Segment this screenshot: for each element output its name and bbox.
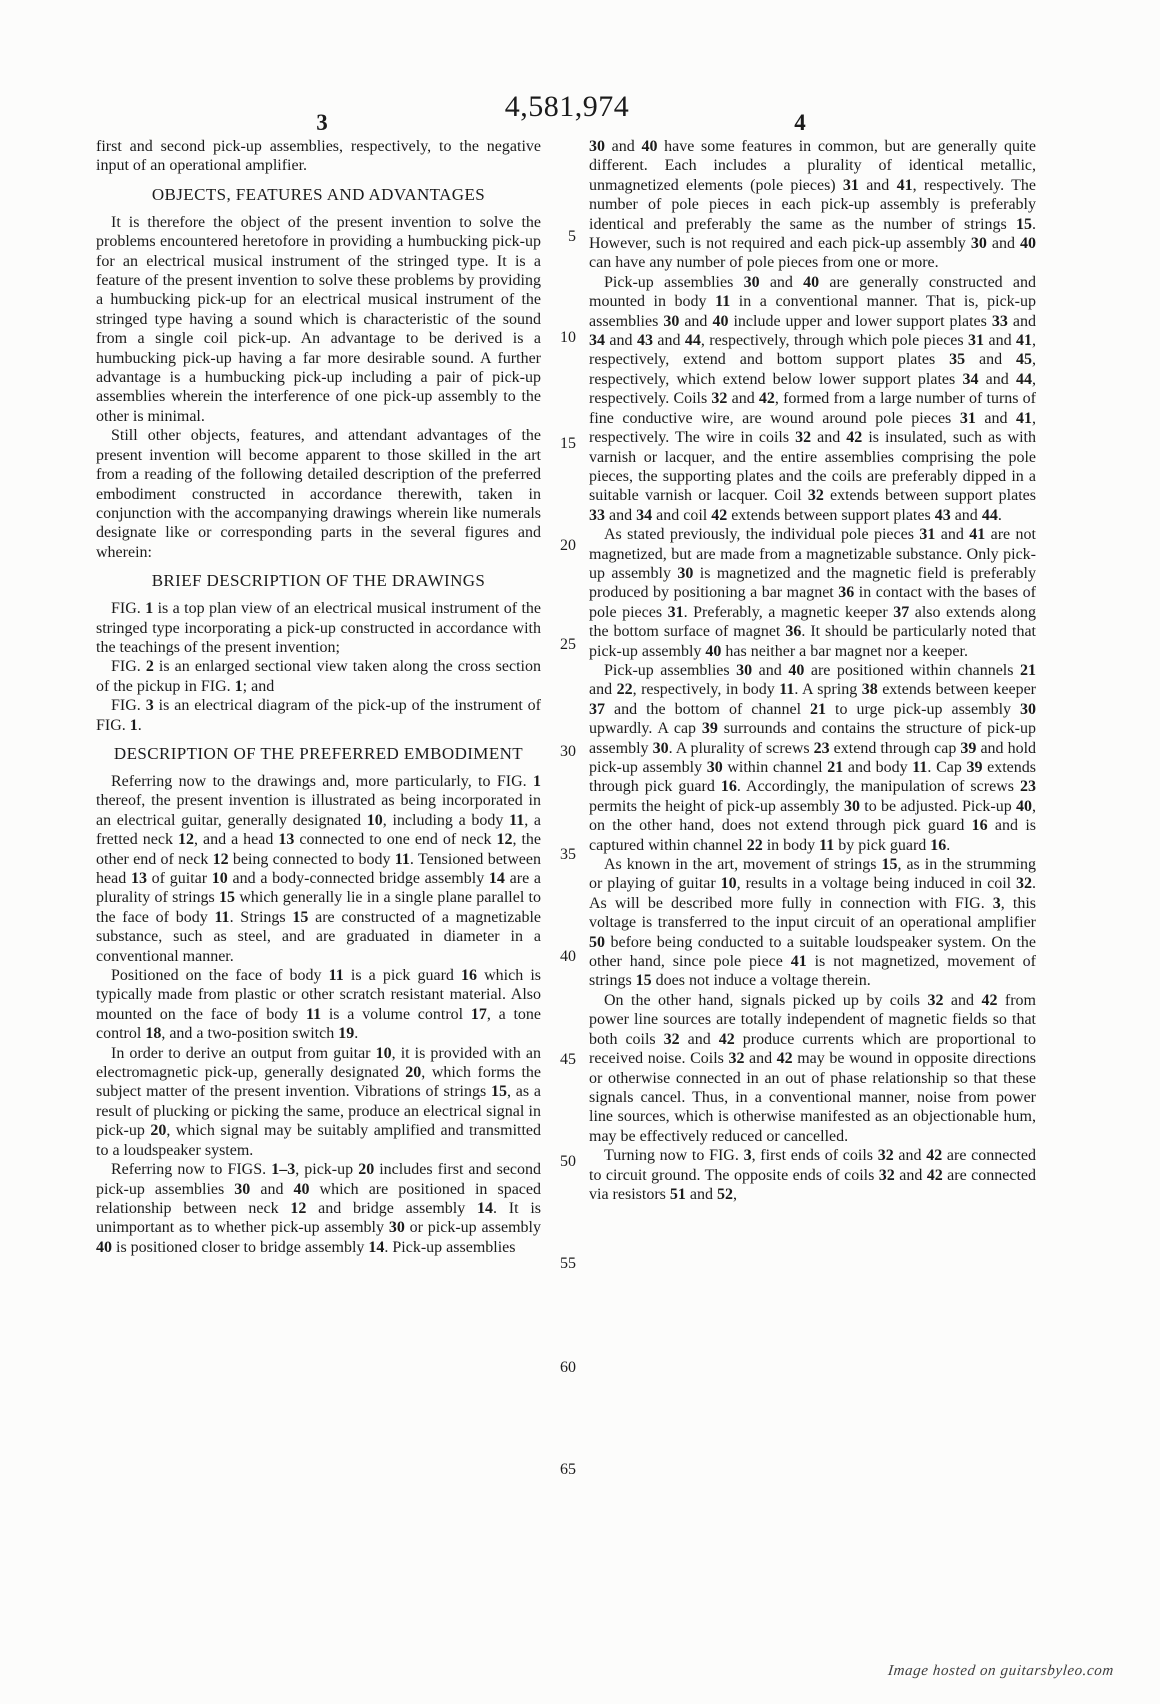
line-number: 30	[542, 743, 576, 761]
body-paragraph: Pick-up assemblies 30 and 40 are positio…	[589, 661, 1036, 855]
body-paragraph: As stated previously, the individual pol…	[589, 525, 1036, 661]
line-number: 40	[542, 948, 576, 966]
line-number: 35	[542, 846, 576, 864]
body-paragraph: Turning now to FIG. 3, first ends of coi…	[589, 1146, 1036, 1204]
line-number: 20	[542, 537, 576, 555]
body-paragraph: As known in the art, movement of strings…	[589, 855, 1036, 991]
line-number: 25	[542, 636, 576, 654]
line-number: 45	[542, 1051, 576, 1069]
body-paragraph: On the other hand, signals picked up by …	[589, 991, 1036, 1146]
line-number: 60	[542, 1359, 576, 1377]
line-number: 5	[542, 228, 576, 246]
patent-page: 4,581,974 3 4 first and second pick-up a…	[0, 0, 1160, 1704]
line-number: 55	[542, 1255, 576, 1273]
body-paragraph: Pick-up assemblies 30 and 40 are general…	[589, 273, 1036, 525]
line-number: 65	[542, 1461, 576, 1479]
line-number: 10	[542, 329, 576, 347]
body-paragraph: 30 and 40 have some features in common, …	[589, 137, 1036, 273]
line-number: 50	[542, 1153, 576, 1171]
line-number: 15	[542, 435, 576, 453]
watermark: Image hosted on guitarsbyleo.com	[887, 1663, 1143, 1680]
column-4: 30 and 40 have some features in common, …	[589, 137, 1036, 1204]
